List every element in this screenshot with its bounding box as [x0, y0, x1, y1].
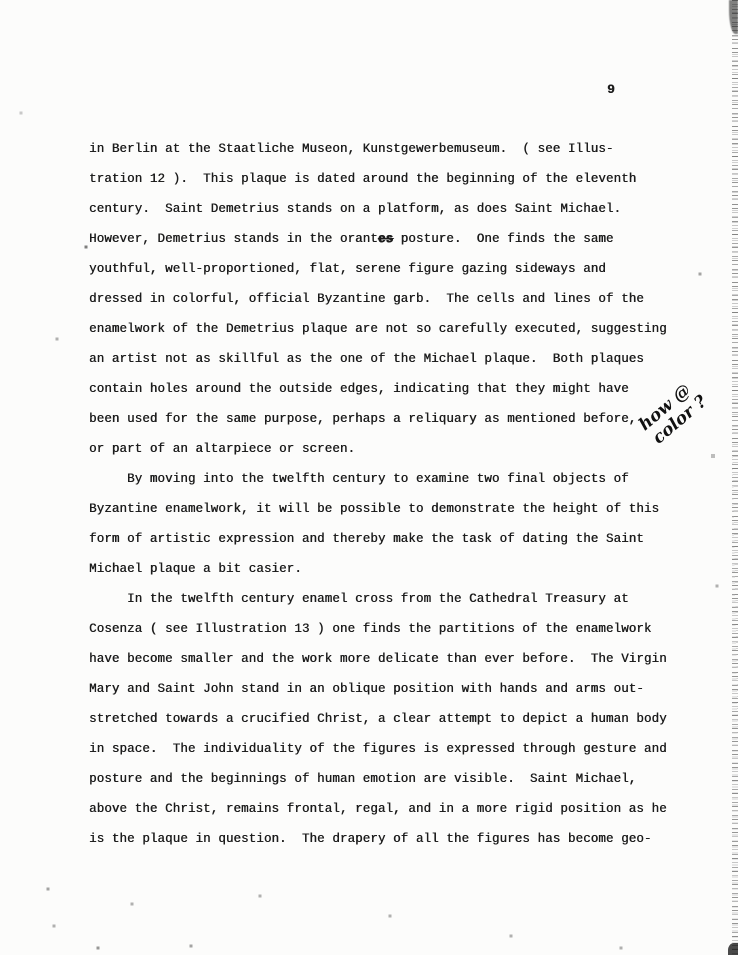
typed-line: been used for the same purpose, perhaps … — [89, 404, 679, 434]
page-number: 9 — [607, 82, 615, 97]
typed-line: Byzantine enamelwork, it will be possibl… — [89, 494, 679, 524]
typed-line: in space. The individuality of the figur… — [89, 734, 679, 764]
scan-speckles — [0, 0, 2, 2]
typed-text-body: in Berlin at the Staatliche Museon, Kuns… — [89, 134, 679, 854]
typed-segment: posture. One finds the same — [393, 232, 613, 246]
typed-line: contain holes around the outside edges, … — [89, 374, 679, 404]
typed-segment: However, Demetrius stands in the orant — [89, 232, 378, 246]
scanned-manuscript-page: 9 in Berlin at the Staatliche Museon, Ku… — [0, 0, 738, 955]
typed-line: In the twelfth century enamel cross from… — [89, 584, 679, 614]
typed-line: stretched towards a crucified Christ, a … — [89, 704, 679, 734]
typed-line: an artist not as skillful as the one of … — [89, 344, 679, 374]
typed-line: posture and the beginnings of human emot… — [89, 764, 679, 794]
typed-line: tration 12 ). This plaque is dated aroun… — [89, 164, 679, 194]
typed-line: Mary and Saint John stand in an oblique … — [89, 674, 679, 704]
typed-line-with-overstrike: However, Demetrius stands in the orantes… — [89, 224, 679, 254]
typed-line: form of artistic expression and thereby … — [89, 524, 679, 554]
typed-line: enamelwork of the Demetrius plaque are n… — [89, 314, 679, 344]
scan-artifact-top-right-corner — [729, 0, 738, 34]
typed-line: By moving into the twelfth century to ex… — [89, 464, 679, 494]
overstruck-text: es — [378, 232, 393, 246]
typed-line: above the Christ, remains frontal, regal… — [89, 794, 679, 824]
scan-artifact-bottom-right-corner — [728, 943, 738, 955]
typed-line: have become smaller and the work more de… — [89, 644, 679, 674]
typed-line: youthful, well-proportioned, flat, seren… — [89, 254, 679, 284]
typed-line: in Berlin at the Staatliche Museon, Kuns… — [89, 134, 679, 164]
typed-line: Michael plaque a bit casier. — [89, 554, 679, 584]
typed-line: or part of an altarpiece or screen. — [89, 434, 679, 464]
typed-line: is the plaque in question. The drapery o… — [89, 824, 679, 854]
scan-noise-right-edge — [732, 0, 738, 955]
typed-line: Cosenza ( see Illustration 13 ) one find… — [89, 614, 679, 644]
typed-line: dressed in colorful, official Byzantine … — [89, 284, 679, 314]
typed-line: century. Saint Demetrius stands on a pla… — [89, 194, 679, 224]
